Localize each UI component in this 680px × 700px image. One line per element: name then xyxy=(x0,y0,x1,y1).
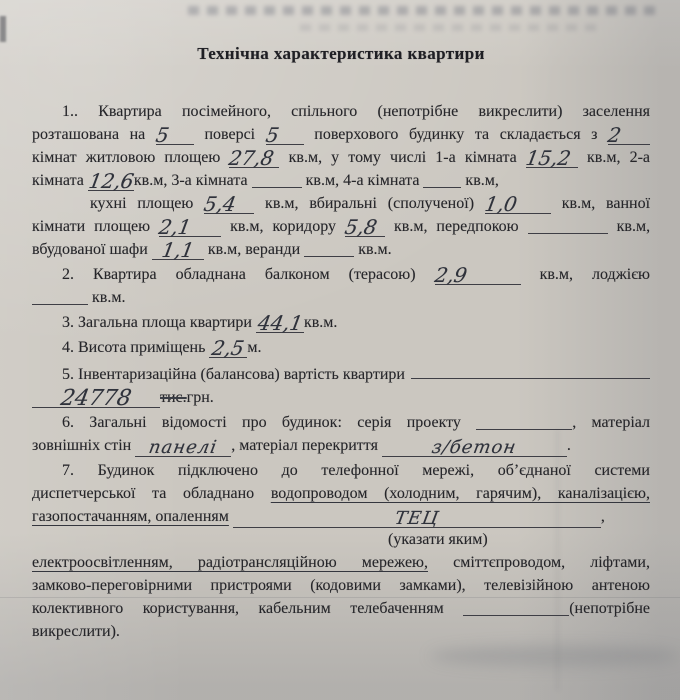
form-blank: ТЕЦ xyxy=(233,510,601,528)
form-paragraph: 2. Квартира обладнана балконом (терасою)… xyxy=(32,263,650,309)
paper-shadow-smudge xyxy=(430,645,680,667)
form-blank: 5 xyxy=(266,127,304,145)
printed-text: грн. xyxy=(187,389,214,406)
form-blank: 2 xyxy=(608,127,650,145)
printed-text: кв.м, 2-а xyxy=(587,149,650,166)
form-blank: 12,6 xyxy=(88,173,134,191)
form-line: вбудованої шафи 1,1 кв.м, веранди кв.м. xyxy=(32,238,650,261)
form-blank xyxy=(423,170,461,188)
printed-text: 7. Будинок підключено до телефонної мере… xyxy=(62,462,650,479)
form-paragraph: 7. Будинок підключено до телефонної мере… xyxy=(32,459,650,643)
form-blank xyxy=(476,412,572,430)
form-paragraph: 4. Висота приміщень 2,5м. xyxy=(32,336,650,359)
printed-text: кв.м, коридору xyxy=(230,218,336,235)
handwritten-value: ТЕЦ xyxy=(393,510,440,527)
handwritten-value: 5 xyxy=(264,127,280,144)
form-blank xyxy=(252,170,302,188)
form-line: (указати яким) xyxy=(32,528,650,551)
handwritten-value: 15,2 xyxy=(524,150,572,167)
printed-text: кімнат житловою площею xyxy=(32,149,220,166)
form-blank: 24778 xyxy=(32,390,160,408)
printed-text: 5. Інвентаризаційна (балансова) вартість… xyxy=(62,363,405,386)
underlined-text: електроосвітленням, радіотрансляційною м… xyxy=(32,554,428,571)
printed-text: диспетчерської та обладнано xyxy=(32,485,254,502)
form-line: кімнати площею 2,1 кв.м, коридору 5,8 кв… xyxy=(32,215,650,238)
handwritten-value: 2 xyxy=(607,127,623,144)
printed-text: викреслити). xyxy=(32,623,120,640)
form-paragraph: 6. Загальні відомості про будинок: серія… xyxy=(32,411,650,457)
printed-text: кв.м, 4-а кімната xyxy=(306,172,420,189)
form-line: викреслити). xyxy=(32,620,650,643)
form-blank xyxy=(463,598,569,616)
form-paragraph: 1.. Квартира посімейного, спільного (неп… xyxy=(32,100,650,261)
printed-text: вбудованої шафи xyxy=(32,241,148,258)
printed-text: зовнішніх стін xyxy=(32,437,131,454)
handwritten-value: 44,1 xyxy=(256,315,304,332)
handwritten-value: 1,1 xyxy=(160,242,195,259)
printed-text: кв.м. xyxy=(358,241,391,258)
form-line: газопостачанням, опаленням ТЕЦ, xyxy=(32,505,650,528)
underlined-text: водопроводом (холодним, гарячим), каналі… xyxy=(271,485,650,502)
form-blank: 1,1 xyxy=(152,242,204,260)
printed-text: , матеріал перекриття xyxy=(231,437,378,454)
printed-text: розташована на xyxy=(32,126,145,143)
printed-text: кв.м, ванної xyxy=(562,195,650,212)
handwritten-value: з/бетон xyxy=(431,439,518,456)
printed-text: кв.м, у тому числі 1-а кімната xyxy=(289,149,517,166)
printed-text: поверхового будинку та складається з xyxy=(314,126,597,143)
form-blank xyxy=(528,216,608,234)
form-line: кімнат житловою площею 27,8 кв.м, у тому… xyxy=(32,146,650,169)
form-line: кухні площею 5,4 кв.м, вбиральні (сполуч… xyxy=(32,192,650,215)
printed-text: кімнати площею xyxy=(32,218,150,235)
printed-text: колективного користування, кабельним тел… xyxy=(32,600,444,617)
form-line: кв.м. xyxy=(32,286,650,309)
handwritten-value: 5,8 xyxy=(343,219,378,236)
handwritten-value: 24778 xyxy=(60,390,133,407)
form-paragraph: 5. Інвентаризаційна (балансова) вартість… xyxy=(32,361,650,409)
printed-text: кв.м, xyxy=(617,218,650,235)
handwritten-value: 2,1 xyxy=(158,219,193,236)
handwritten-value: 12,6 xyxy=(87,173,135,190)
form-blank: панелі xyxy=(135,439,231,457)
printed-text: замково-переговірними пристроями (кодови… xyxy=(32,577,650,594)
form-blank: 5,8 xyxy=(345,219,385,237)
printed-text: кімната xyxy=(32,172,84,189)
form-line: 24778тис.грн. xyxy=(32,386,650,409)
handwritten-value: 27,8 xyxy=(228,150,276,167)
printed-text: сміттєпроводом, ліфтами, xyxy=(453,554,650,571)
form-line: 7. Будинок підключено до телефонної мере… xyxy=(32,459,650,482)
printed-text: , матеріал xyxy=(572,414,650,431)
form-line: 6. Загальні відомості про будинок: серія… xyxy=(32,411,650,434)
printed-text: кв.м. xyxy=(92,289,125,306)
form-line: замково-переговірними пристроями (кодови… xyxy=(32,574,650,597)
printed-text: 4. Висота приміщень xyxy=(62,339,205,356)
form-blank xyxy=(304,239,354,257)
printed-text: поверсі xyxy=(204,126,255,143)
form-line: 1.. Квартира посімейного, спільного (неп… xyxy=(32,100,650,123)
bleedthrough-text xyxy=(188,6,658,15)
printed-text: 2. Квартира обладнана балконом (терасою) xyxy=(62,266,416,283)
printed-text: (указати яким) xyxy=(388,531,488,548)
underlined-text: газопостачанням, опаленням xyxy=(32,508,229,525)
form-line: колективного користування, кабельним тел… xyxy=(32,597,650,620)
form-line: кімната 12,6кв.м, 3-а кімната кв.м, 4-а … xyxy=(32,169,650,192)
form-blank xyxy=(411,361,650,379)
form-line: електроосвітленням, радіотрансляційною м… xyxy=(32,551,650,574)
form-blank: 2,1 xyxy=(159,219,221,237)
form-blank: 5 xyxy=(156,127,194,145)
document-body: 1.. Квартира посімейного, спільного (неп… xyxy=(32,100,650,643)
handwritten-value: панелі xyxy=(148,439,219,456)
form-line: диспетчерської та обладнано водопроводом… xyxy=(32,482,650,505)
printed-text: кв.м. xyxy=(304,314,337,331)
printed-text: кв.м, xyxy=(465,172,498,189)
form-blank: 44,1 xyxy=(256,315,304,333)
form-blank: 27,8 xyxy=(229,150,279,168)
form-blank: 15,2 xyxy=(526,150,578,168)
printed-text: кухні площею xyxy=(90,195,193,212)
printed-text: кв.м, веранди xyxy=(208,241,300,258)
printed-text: , xyxy=(601,508,605,525)
form-line: розташована на 5 поверсі 5 поверхового б… xyxy=(32,123,650,146)
form-blank: 1,0 xyxy=(485,196,551,214)
form-blank: 2,9 xyxy=(435,267,521,285)
document-content: Технічна характеристика квартири 1.. Ква… xyxy=(32,44,650,643)
printed-text: 3. Загальна площа квартири xyxy=(62,314,252,331)
scanned-page: Технічна характеристика квартири 1.. Ква… xyxy=(0,0,680,700)
handwritten-value: 5,4 xyxy=(203,196,238,213)
form-line: 2. Квартира обладнана балконом (терасою)… xyxy=(32,263,650,286)
printed-text: кв.м, вбиральні (сполученої) xyxy=(265,195,474,212)
printed-text: . xyxy=(567,437,571,454)
form-line: 4. Висота приміщень 2,5м. xyxy=(32,336,650,359)
printed-text: 6. Загальні відомості про будинок: серія… xyxy=(62,414,461,431)
printed-text: м. xyxy=(247,339,261,356)
form-paragraph: 3. Загальна площа квартири 44,1кв.м. xyxy=(32,311,650,334)
printed-text: (непотрібне xyxy=(569,600,650,617)
form-blank: 2,5 xyxy=(209,340,247,358)
handwritten-value: 2,5 xyxy=(211,340,246,357)
struck-text: тис. xyxy=(160,389,187,406)
printed-text: кв.м, лоджією xyxy=(540,266,650,283)
page-edge-mark xyxy=(0,16,6,42)
form-line: зовнішніх стін панелі, матеріал перекрит… xyxy=(32,434,650,457)
handwritten-value: 1,0 xyxy=(483,196,518,213)
handwritten-value: 2,9 xyxy=(433,267,468,284)
form-blank: з/бетон xyxy=(382,439,567,457)
printed-text: кв.м, передпокою xyxy=(394,218,519,235)
printed-text: кв.м, 3-а кімната xyxy=(134,172,248,189)
printed-text: 1.. Квартира посімейного, спільного (неп… xyxy=(62,103,650,120)
bleedthrough-text xyxy=(300,24,600,31)
form-blank xyxy=(32,287,88,305)
form-line: 5. Інвентаризаційна (балансова) вартість… xyxy=(32,361,650,386)
form-blank: 5,4 xyxy=(204,196,254,214)
handwritten-value: 5 xyxy=(154,127,170,144)
page-title: Технічна характеристика квартири xyxy=(32,44,650,64)
form-line: 3. Загальна площа квартири 44,1кв.м. xyxy=(32,311,650,334)
